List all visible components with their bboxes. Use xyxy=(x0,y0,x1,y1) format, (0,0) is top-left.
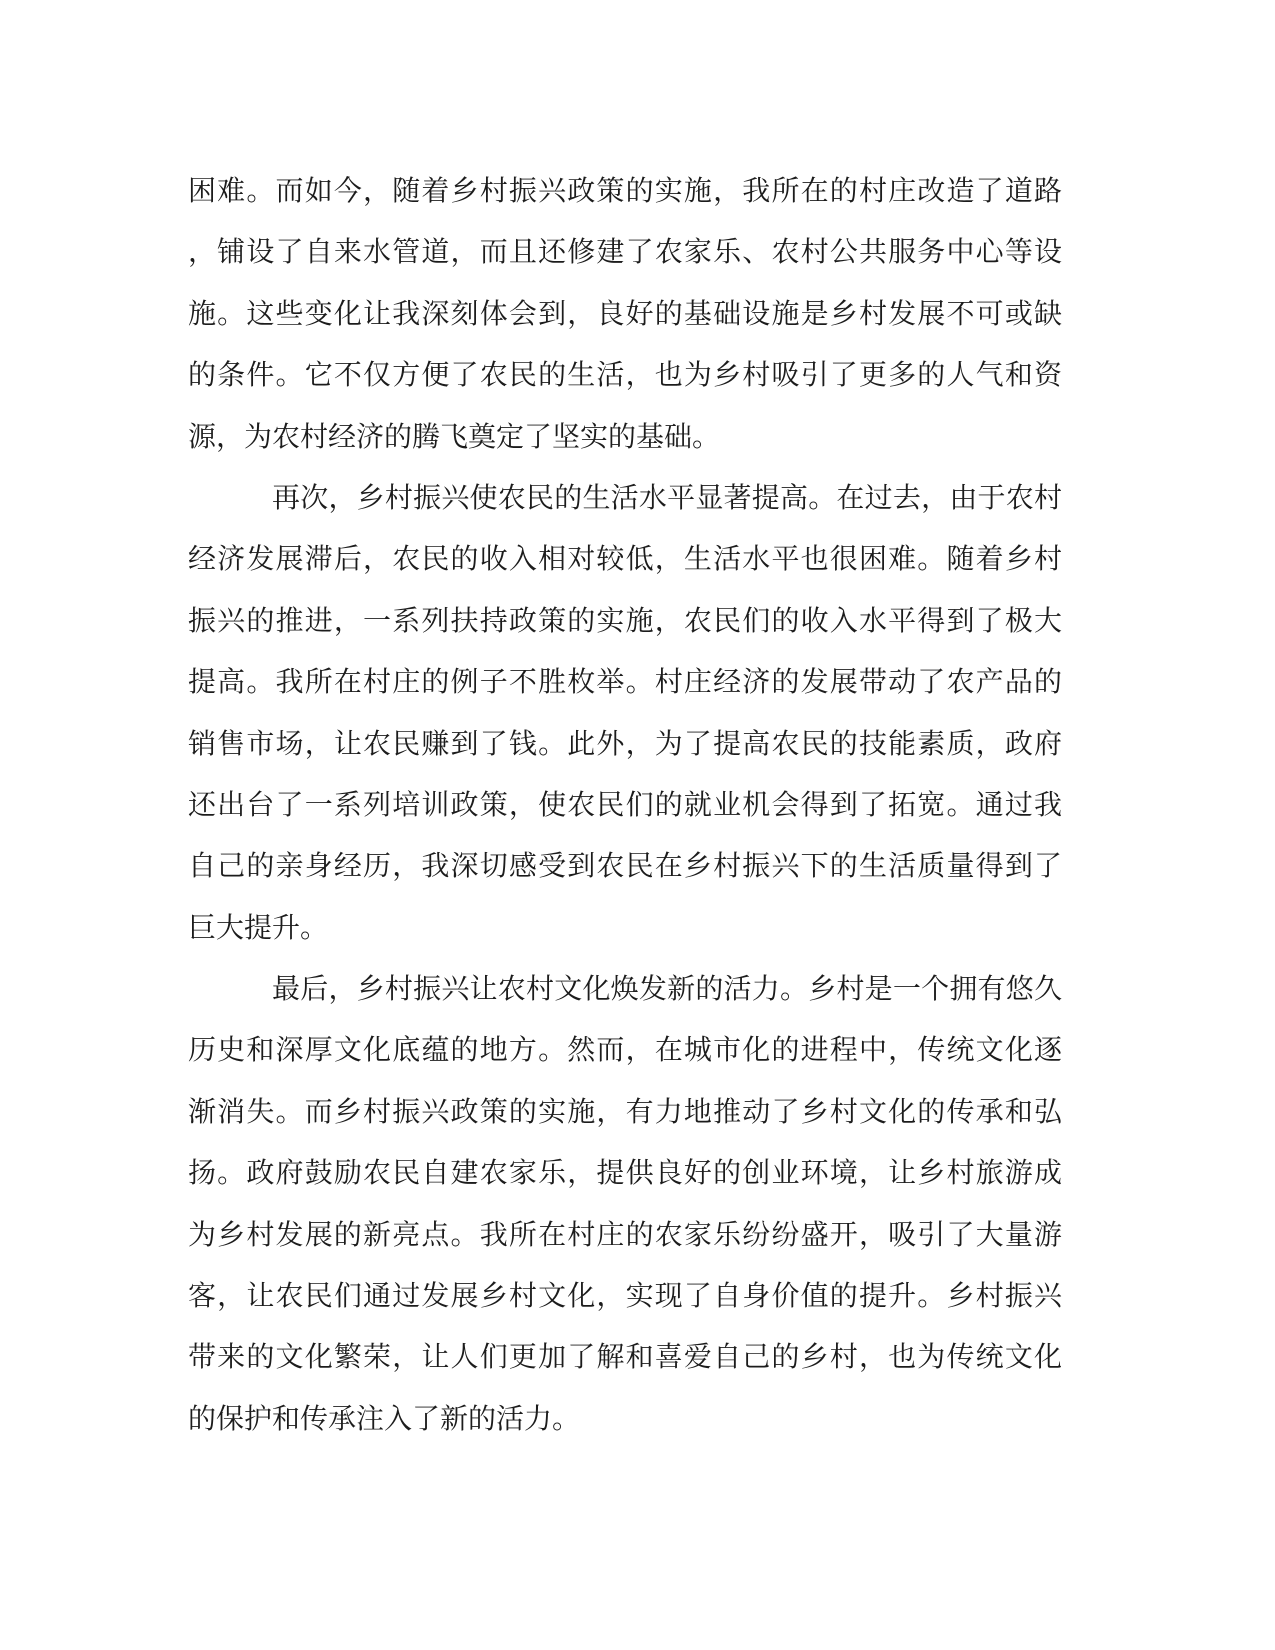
text-line: 为乡村发展的新亮点。我所在村庄的农家乐纷纷盛开，吸引了大量游 xyxy=(188,1205,1062,1266)
text-line: 渐消失。而乡村振兴政策的实施，有力地推动了乡村文化的传承和弘 xyxy=(188,1082,1062,1143)
text-line: 历史和深厚文化底蕴的地方。然而，在城市化的进程中，传统文化逐 xyxy=(188,1020,1062,1081)
text-line: 带来的文化繁荣，让人们更加了解和喜爱自己的乡村，也为传统文化 xyxy=(188,1327,1062,1388)
text-line: 销售市场，让农民赚到了钱。此外，为了提高农民的技能素质，政府 xyxy=(188,714,1062,775)
text-line: ，铺设了自来水管道，而且还修建了农家乐、农村公共服务中心等设 xyxy=(188,222,1062,283)
text-line: 施。这些变化让我深刻体会到，良好的基础设施是乡村发展不可或缺 xyxy=(188,284,1062,345)
text-line: 还出台了一系列培训政策，使农民们的就业机会得到了拓宽。通过我 xyxy=(188,775,1062,836)
text-line: 再次，乡村振兴使农民的生活水平显著提高。在过去，由于农村 xyxy=(188,468,1062,529)
text-line: 的保护和传承注入了新的活力。 xyxy=(188,1389,1062,1450)
text-line: 巨大提升。 xyxy=(188,898,1062,959)
text-line: 扬。政府鼓励农民自建农家乐，提供良好的创业环境，让乡村旅游成 xyxy=(188,1143,1062,1204)
text-line: 源，为农村经济的腾飞奠定了坚实的基础。 xyxy=(188,407,1062,468)
text-line: 困难。而如今，随着乡村振兴政策的实施，我所在的村庄改造了道路 xyxy=(188,161,1062,222)
text-line: 经济发展滞后，农民的收入相对较低，生活水平也很困难。随着乡村 xyxy=(188,529,1062,590)
text-line: 振兴的推进，一系列扶持政策的实施，农民们的收入水平得到了极大 xyxy=(188,591,1062,652)
document-page: 困难。而如今，随着乡村振兴政策的实施，我所在的村庄改造了道路，铺设了自来水管道，… xyxy=(0,0,1275,1650)
document-body: 困难。而如今，随着乡村振兴政策的实施，我所在的村庄改造了道路，铺设了自来水管道，… xyxy=(188,161,1062,1450)
text-line: 自己的亲身经历，我深切感受到农民在乡村振兴下的生活质量得到了 xyxy=(188,836,1062,897)
text-line: 提高。我所在村庄的例子不胜枚举。村庄经济的发展带动了农产品的 xyxy=(188,652,1062,713)
text-line: 最后，乡村振兴让农村文化焕发新的活力。乡村是一个拥有悠久 xyxy=(188,959,1062,1020)
text-line: 的条件。它不仅方便了农民的生活，也为乡村吸引了更多的人气和资 xyxy=(188,345,1062,406)
text-line: 客，让农民们通过发展乡村文化，实现了自身价值的提升。乡村振兴 xyxy=(188,1266,1062,1327)
